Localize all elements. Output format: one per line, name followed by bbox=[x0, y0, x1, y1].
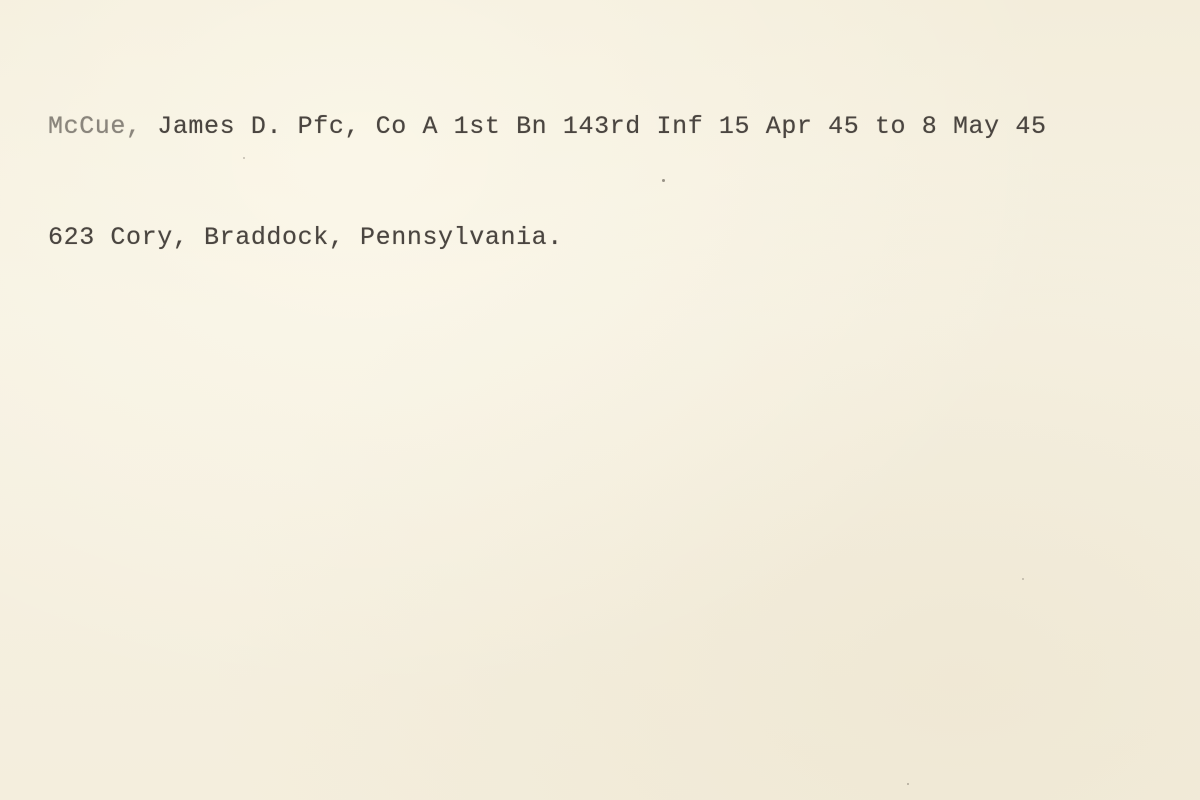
typed-text-block: McCue, James D. Pfc, Co A 1st Bn 143rd I… bbox=[48, 34, 1047, 330]
paper-speck bbox=[907, 783, 909, 785]
surname-text: McCue, bbox=[48, 112, 142, 141]
address-line: 623 Cory, Braddock, Pennsylvania. bbox=[48, 219, 1047, 256]
paper-speck bbox=[1022, 578, 1024, 580]
paper-speck bbox=[662, 179, 665, 182]
paper-speck bbox=[243, 157, 245, 159]
index-card: McCue, James D. Pfc, Co A 1st Bn 143rd I… bbox=[0, 0, 1200, 800]
service-record-line: McCue, James D. Pfc, Co A 1st Bn 143rd I… bbox=[48, 108, 1047, 145]
service-details-text: James D. Pfc, Co A 1st Bn 143rd Inf 15 A… bbox=[142, 112, 1047, 141]
